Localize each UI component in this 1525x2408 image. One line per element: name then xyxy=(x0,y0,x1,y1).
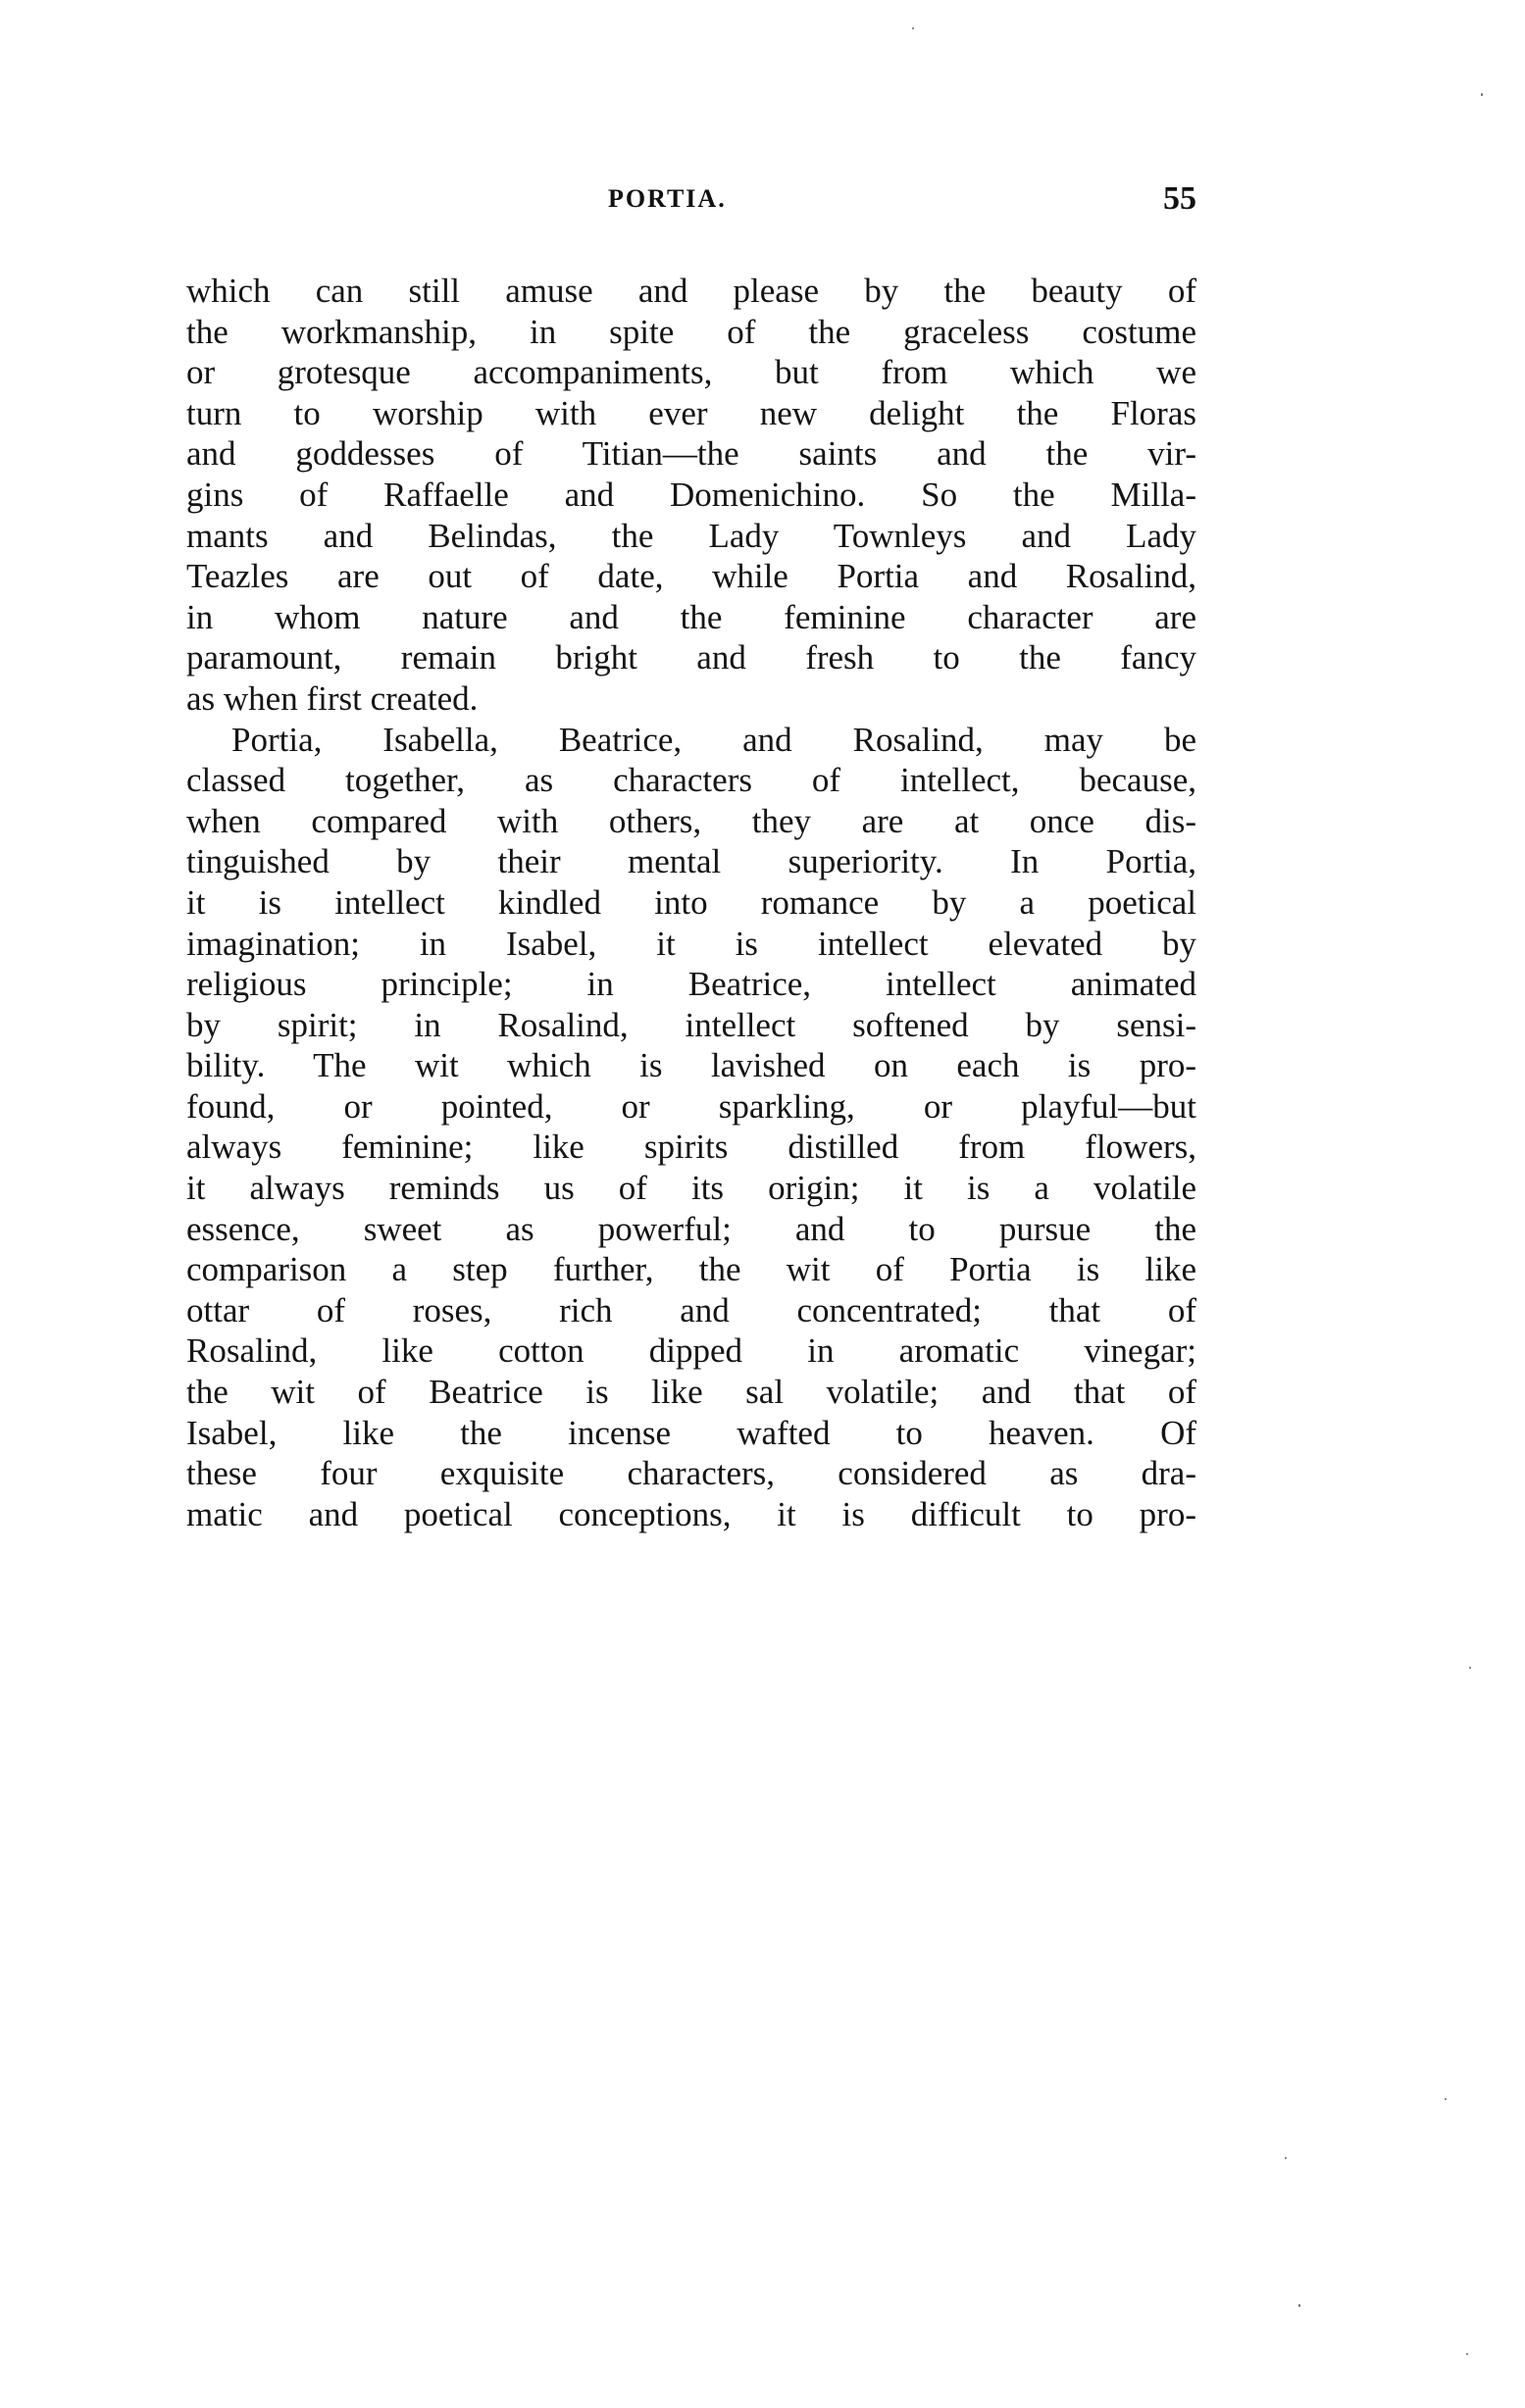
text-line: the workmanship, in spite of the gracele… xyxy=(186,312,1196,353)
text-line: in whom nature and the feminine characte… xyxy=(186,597,1196,638)
text-line: mants and Belindas, the Lady Townleys an… xyxy=(186,516,1196,557)
text-line: the wit of Beatrice is like sal volatile… xyxy=(186,1372,1196,1413)
text-line: imagination; in Isabel, it is intellect … xyxy=(186,924,1196,965)
text-line: and goddesses of Titian—the saints and t… xyxy=(186,433,1196,475)
running-title: PORTIA. xyxy=(608,184,727,214)
text-line: it is intellect kindled into romance by … xyxy=(186,882,1196,924)
paragraph-1: which can still amuse and please by the … xyxy=(186,271,1196,720)
text-line: when compared with others, they are at o… xyxy=(186,801,1196,842)
paragraph-2: Portia, Isabella, Beatrice, and Rosalind… xyxy=(186,720,1196,1535)
text-line: always feminine; like spirits distilled … xyxy=(186,1127,1196,1168)
text-line: as when first created. xyxy=(186,678,1196,720)
text-line: which can still amuse and please by the … xyxy=(186,271,1196,312)
text-line: Rosalind, like cotton dipped in aromatic… xyxy=(186,1330,1196,1372)
text-line: turn to worship with ever new delight th… xyxy=(186,393,1196,434)
text-line: matic and poetical conceptions, it is di… xyxy=(186,1494,1196,1535)
running-head: PORTIA. 55 xyxy=(186,184,1196,224)
text-line: ottar of roses, rich and concentrated; t… xyxy=(186,1290,1196,1331)
text-line: or grotesque accompaniments, but from wh… xyxy=(186,352,1196,393)
text-line: essence, sweet as powerful; and to pursu… xyxy=(186,1209,1196,1250)
text-line: classed together, as characters of intel… xyxy=(186,760,1196,801)
text-line: comparison a step further, the wit of Po… xyxy=(186,1249,1196,1290)
text-line: these four exquisite characters, conside… xyxy=(186,1453,1196,1494)
text-line: Portia, Isabella, Beatrice, and Rosalind… xyxy=(186,720,1196,761)
book-page: PORTIA. 55 which can still amuse and ple… xyxy=(0,0,1525,2408)
text-line: tinguished by their mental superiority. … xyxy=(186,841,1196,882)
text-line: gins of Raffaelle and Domenichino. So th… xyxy=(186,475,1196,516)
text-line: it always reminds us of its origin; it i… xyxy=(186,1168,1196,1209)
text-line: paramount, remain bright and fresh to th… xyxy=(186,637,1196,678)
text-line: Isabel, like the incense wafted to heave… xyxy=(186,1413,1196,1454)
body-text: which can still amuse and please by the … xyxy=(186,271,1196,1534)
page-number: 55 xyxy=(1163,180,1196,218)
text-line: found, or pointed, or sparkling, or play… xyxy=(186,1086,1196,1128)
text-line: religious principle; in Beatrice, intell… xyxy=(186,964,1196,1005)
text-line: bility. The wit which is lavished on eac… xyxy=(186,1045,1196,1086)
text-line: Teazles are out of date, while Portia an… xyxy=(186,556,1196,597)
text-line: by spirit; in Rosalind, intellect soften… xyxy=(186,1005,1196,1046)
